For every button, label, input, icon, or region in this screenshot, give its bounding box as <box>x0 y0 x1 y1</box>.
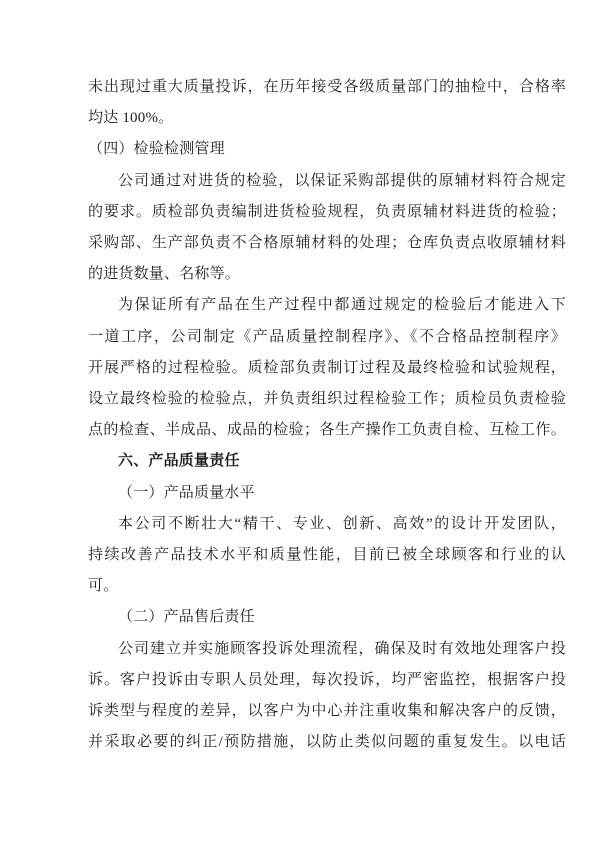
paragraph-line: 公司建立并实施顾客投诉处理流程，确保及时有效地处理客户投 <box>88 634 566 665</box>
paragraph-line: 采购部、生产部负责不合格原辅材料的处理；仓库负责点收原辅材料 <box>88 228 566 259</box>
paragraph-line: 点的检查、半成品、成品的检验；各生产操作工负责自检、互检工作。 <box>88 415 566 446</box>
subsection-heading: （二）产品售后责任 <box>88 602 566 633</box>
section-heading: 六、产品质量责任 <box>88 446 566 477</box>
paragraph-line: 公司通过对进货的检验，以保证采购部提供的原辅材料符合规定 <box>88 166 566 197</box>
subsection-heading: （一）产品质量水平 <box>88 478 566 509</box>
document-body: 未出现过重大质量投诉，在历年接受各级质量部门的抽检中，合格率 均达 100%。 … <box>88 72 566 758</box>
paragraph-line: 诉。客户投诉由专职人员处理，每次投诉，均严密监控，根据客户投 <box>88 665 566 696</box>
paragraph-line: 可。 <box>88 571 566 602</box>
paragraph-line: 开展严格的过程检验。质检部负责制订过程及最终检验和试验规程， <box>88 353 566 384</box>
paragraph-line: 并采取必要的纠正/预防措施，以防止类似问题的重复发生。以电话 <box>88 727 566 758</box>
paragraph-line: 的进货数量、名称等。 <box>88 259 566 290</box>
paragraph-line: 为保证所有产品在生产过程中都通过规定的检验后才能进入下 <box>88 290 566 321</box>
paragraph-line: 均达 100%。 <box>88 103 566 134</box>
paragraph-line: 持续改善产品技术水平和质量性能，目前已被全球顾客和行业的认 <box>88 540 566 571</box>
paragraph-line: 一道工序，公司制定《产品质量控制程序》、《不合格品控制程序》 <box>88 322 566 353</box>
document-page: 未出现过重大质量投诉，在历年接受各级质量部门的抽检中，合格率 均达 100%。 … <box>0 0 596 842</box>
paragraph-line: 设立最终检验的检验点，并负责组织过程检验工作；质检员负责检验 <box>88 384 566 415</box>
paragraph-line: 未出现过重大质量投诉，在历年接受各级质量部门的抽检中，合格率 <box>88 72 566 103</box>
subsection-heading: （四）检验检测管理 <box>88 134 566 165</box>
paragraph-line: 的要求。质检部负责编制进货检验规程，负责原辅材料进货的检验； <box>88 197 566 228</box>
paragraph-line: 诉类型与程度的差异，以客户为中心并注重收集和解决客户的反馈， <box>88 696 566 727</box>
paragraph-line: 本公司不断壮大“精干、专业、创新、高效”的设计开发团队， <box>88 509 566 540</box>
